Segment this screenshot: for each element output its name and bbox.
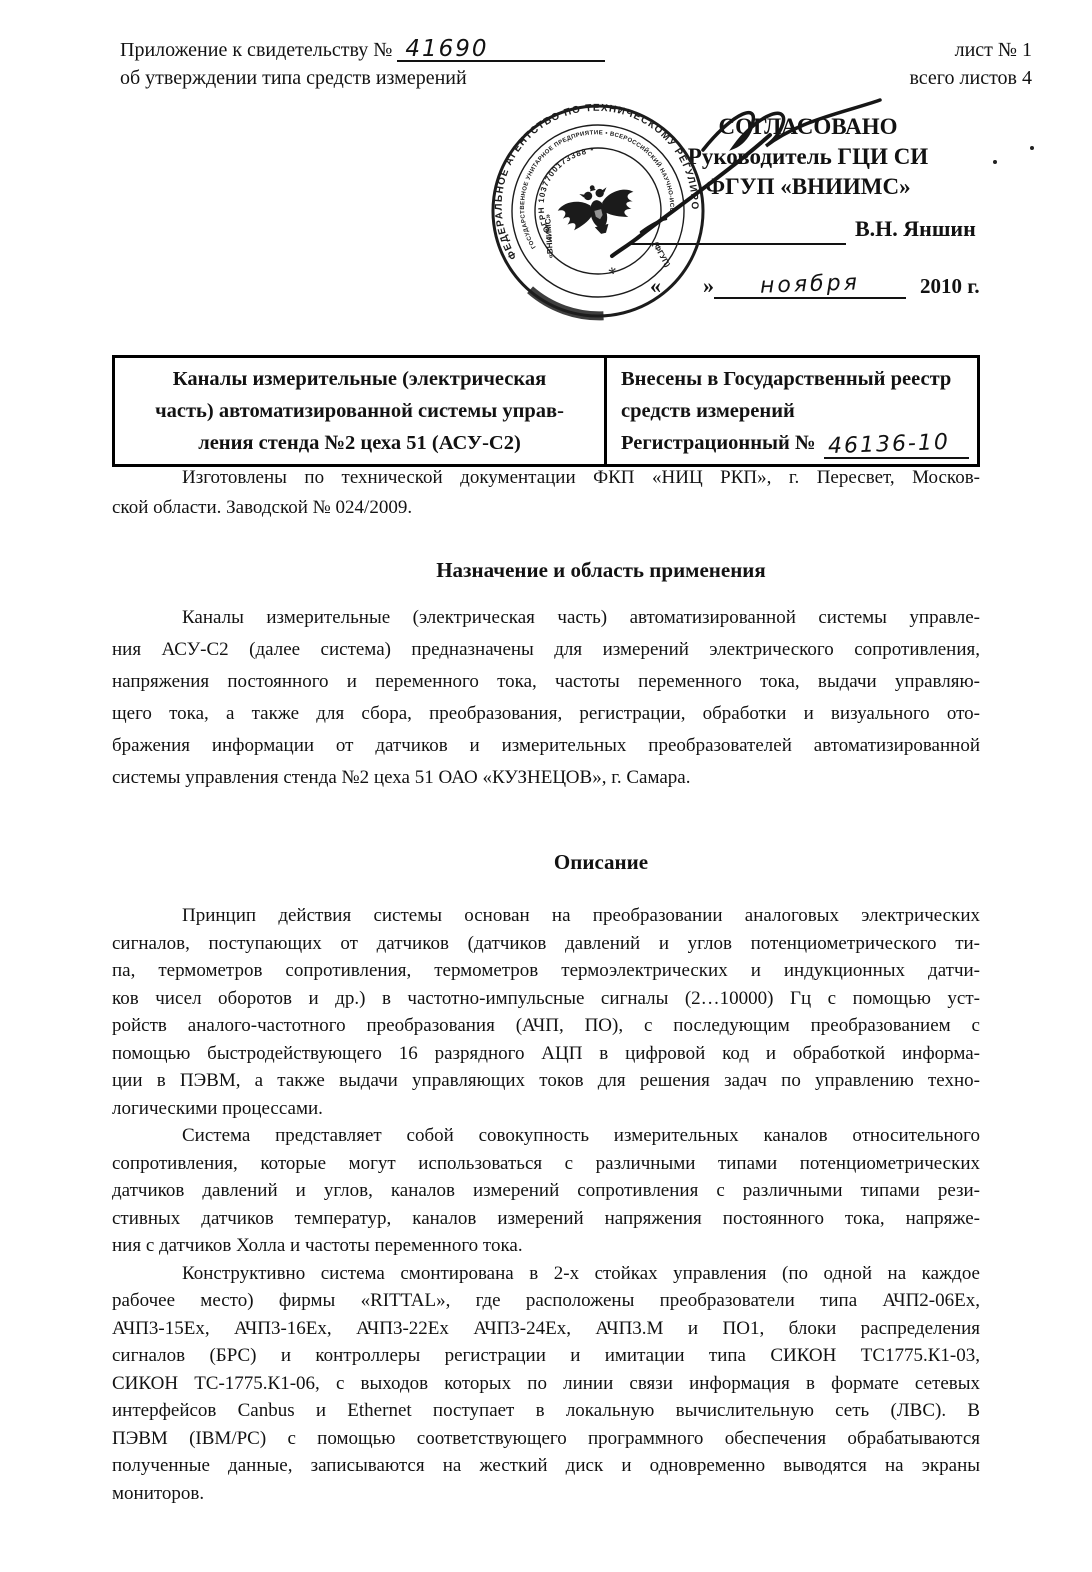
appendix-label: Приложение к свидетельству № — [120, 39, 392, 61]
text-line: сигналов (БРС) и контроллеры регистрации… — [112, 1342, 980, 1370]
text-line: Изготовлены по технической документации … — [112, 463, 980, 493]
registry-cell: Внесены в Государственный реестр средств… — [607, 358, 977, 464]
section-heading-purpose: Назначение и область применения — [112, 556, 980, 584]
text-line: ков чисел оборотов и др.) в частотно-имп… — [112, 985, 980, 1013]
header-left: Приложение к свидетельству № 41690 об ут… — [120, 36, 605, 92]
registry-line1: Внесены в Государственный реестр — [621, 363, 969, 395]
scan-speck — [993, 160, 997, 164]
text-line: СИКОН ТС-1775.К1-06, с выходов которых п… — [112, 1370, 980, 1398]
sheet-number: лист № 1 — [909, 36, 1032, 64]
text-line: ния с датчиков Холла и частоты переменно… — [112, 1232, 980, 1260]
description-paragraph-1: Принцип действия системы основан на прео… — [112, 902, 980, 1122]
text-line: ПЭВМ (IBM/PC) с помощью соответствующего… — [112, 1425, 980, 1453]
registry-line2: средств измерений — [621, 395, 969, 427]
certificate-number-handwritten: 41690 — [397, 38, 605, 62]
registration-label: Регистрационный № — [621, 427, 816, 459]
stamp-star: * — [606, 262, 620, 284]
signer-name: В.Н. Яншин — [855, 216, 976, 242]
stamp-outer-ring-text: ФЕДЕРАЛЬНОЕ АГЕНТСТВО ПО ТЕХНИЧЕСКОМУ РЕ… — [483, 96, 705, 267]
text-line: АЧП3-15Ех, АЧП3-16Ех, АЧП3-22Ех АЧП3-24Е… — [112, 1315, 980, 1343]
text-line: датчиков давлений и углов, каналов измер… — [112, 1177, 980, 1205]
instrument-name-cell: Каналы измерительные (электрическая част… — [115, 358, 607, 464]
stamp-vniims-label: «ВНИИМС» — [543, 213, 555, 258]
text-line: интерфейсов Canbus и Ethernet поступает … — [112, 1397, 980, 1425]
text-line: стивных датчиков температур, каналов изм… — [112, 1205, 980, 1233]
month-handwritten: ноября — [760, 270, 861, 298]
text-line: ции в ПЭВМ, а также выдачи управляющих т… — [112, 1067, 980, 1095]
text-line: ния АСУ-С2 (далее система) предназначены… — [112, 634, 980, 666]
scan-speck — [1030, 146, 1034, 150]
text-line: щего тока, а также для сбора, преобразов… — [112, 698, 980, 730]
text-line: логическими процессами. — [112, 1095, 980, 1123]
header-right: лист № 1 всего листов 4 — [909, 36, 1032, 92]
text-line: ской области. Заводской № 024/2009. — [112, 493, 980, 523]
header-appendix-line: Приложение к свидетельству № 41690 — [120, 36, 605, 64]
text-line: ройств аналого-частотного преобразования… — [112, 1012, 980, 1040]
title-block-table: Каналы измерительные (электрическая част… — [112, 355, 980, 467]
text-line: помощью быстродействующего 16 разрядного… — [112, 1040, 980, 1068]
text-line: полученные данные, записываются на жестк… — [112, 1452, 980, 1480]
text-line: бражения информации от датчиков и измери… — [112, 730, 980, 762]
section-heading-description: Описание — [112, 848, 980, 876]
scanned-certificate-page: { "header": { "left_line1": "Приложение … — [0, 0, 1092, 1572]
text-line: сигналов, поступающих от датчиков (датчи… — [112, 930, 980, 958]
round-seal-stamp-icon: ФЕДЕРАЛЬНОЕ АГЕНТСТВО ПО ТЕХНИЧЕСКОМУ РЕ… — [483, 96, 713, 326]
text-line: системы управления стенда №2 цеха 51 ОАО… — [112, 762, 980, 794]
registration-number-handwritten: 46136-10 — [827, 431, 950, 459]
total-sheets: всего листов 4 — [909, 64, 1032, 92]
double-eagle-icon — [554, 176, 642, 243]
document-body: Изготовлены по технической документации … — [112, 463, 980, 1507]
text-line: Конструктивно система смонтирована в 2-х… — [112, 1260, 980, 1288]
text-line: па, термометров сопротивления, термометр… — [112, 957, 980, 985]
text-line: мониторов. — [112, 1480, 980, 1508]
text-line: напряжения постоянного и переменного ток… — [112, 666, 980, 698]
header-approval-type-line: об утверждении типа средств измерений — [120, 64, 605, 92]
text-line: сопротивления, которые могут использоват… — [112, 1150, 980, 1178]
text-line: Система представляет собой совокупность … — [112, 1122, 980, 1150]
description-paragraph-2: Система представляет собой совокупность … — [112, 1122, 980, 1260]
text-line: Каналы измерительные (электрическая част… — [112, 602, 980, 634]
text-line: рабочее место) фирмы «RITTAL», где распо… — [112, 1287, 980, 1315]
date-month-underline: ноября — [714, 272, 906, 299]
registration-number-row: Регистрационный № 46136-10 — [621, 427, 969, 459]
text-line: Принцип действия системы основан на прео… — [112, 902, 980, 930]
date-year: 2010 г. — [920, 274, 980, 299]
stamp-fgup-label: (ФГУП) — [651, 240, 672, 269]
description-paragraph-3: Конструктивно система смонтирована в 2-х… — [112, 1260, 980, 1508]
purpose-paragraph: Каналы измерительные (электрическая част… — [112, 602, 980, 794]
svg-text:ФЕДЕРАЛЬНОЕ АГЕНТСТВО ПО ТЕХНИ: ФЕДЕРАЛЬНОЕ АГЕНТСТВО ПО ТЕХНИЧЕСКОМУ РЕ… — [483, 96, 705, 267]
intro-paragraph: Изготовлены по технической документации … — [112, 463, 980, 523]
